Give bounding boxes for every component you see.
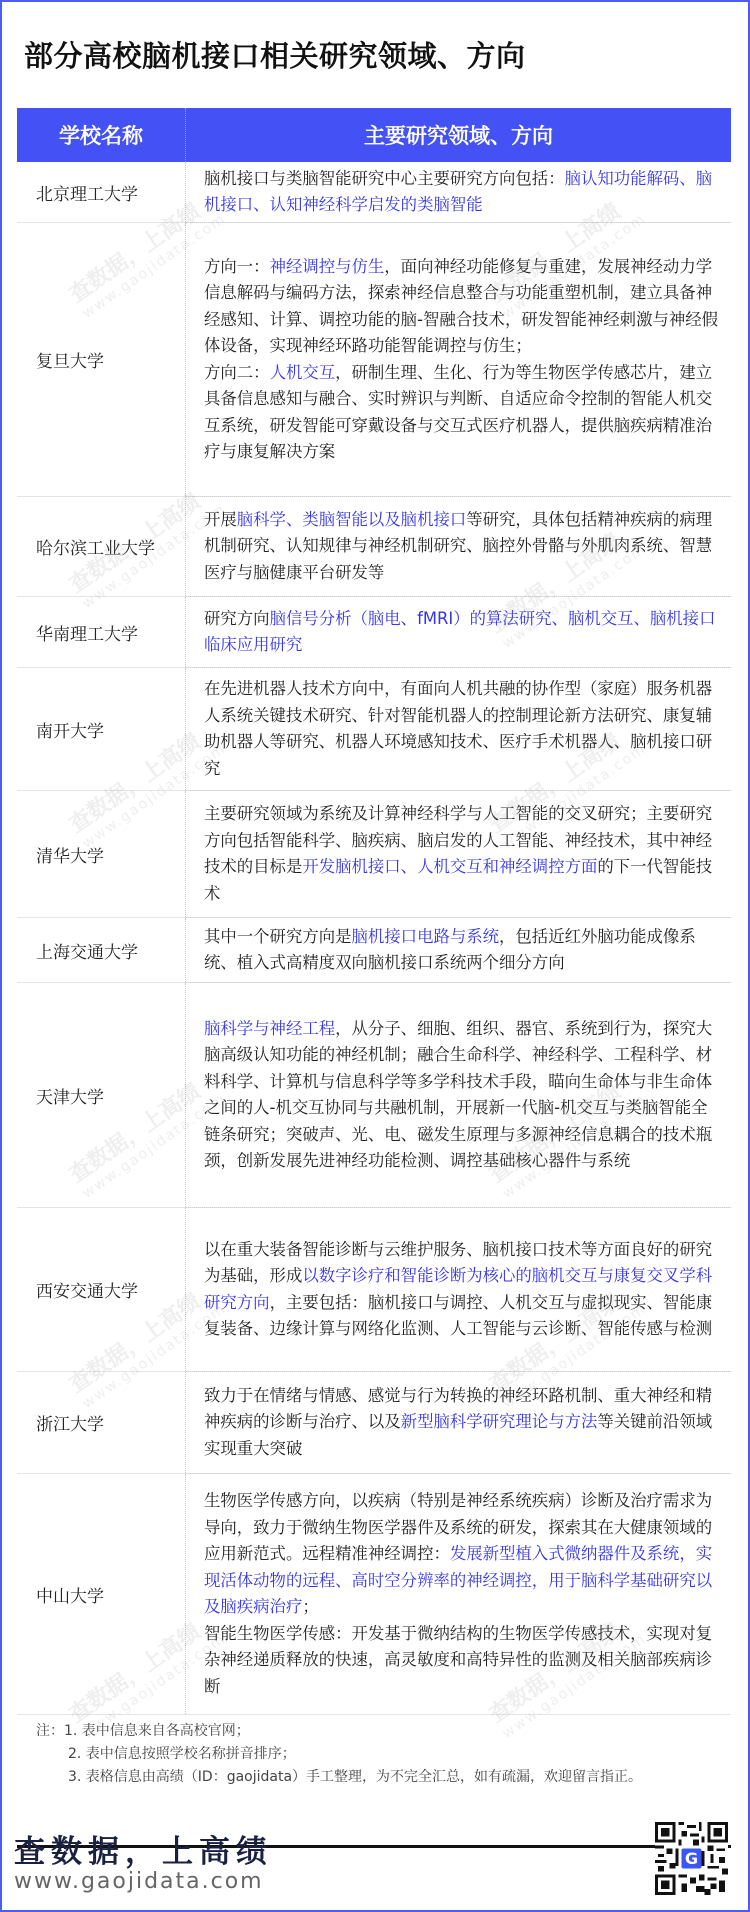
page-title: 部分高校脑机接口相关研究领域、方向 [24, 34, 526, 75]
school-name-cell: 中山大学 [17, 1474, 186, 1714]
research-direction-cell: 方向一：神经调控与仿生，面向神经功能修复与重建，发展神经动力学信息解码与编码方法… [186, 223, 731, 496]
table-row: 华南理工大学研究方向脑信号分析（脑电、fMRI）的算法研究、脑机交互、脑机接口临… [17, 597, 731, 668]
research-direction-cell: 致力于在情绪与情感、感觉与行为转换的神经环路机制、重大神经和精神疾病的诊断与治疗… [186, 1372, 731, 1473]
highlighted-direction: 脑信号分析（脑电、fMRI）的算法研究、脑机交互、脑机接口临床应用研究 [204, 609, 715, 655]
research-direction-text: 致力于在情绪与情感、感觉与行为转换的神经环路机制、重大神经和精神疾病的诊断与治疗… [204, 1383, 721, 1463]
highlighted-direction: 脑科学、类脑智能以及脑机接口 [237, 510, 466, 529]
highlighted-direction: 神经调控与仿生 [270, 257, 385, 276]
school-name-cell: 北京理工大学 [17, 162, 186, 222]
table-body: 北京理工大学脑机接口与类脑智能研究中心主要研究方向包括：脑认知功能解码、脑机接口… [17, 162, 731, 1715]
highlighted-direction: 人机交互 [270, 363, 336, 382]
research-direction-text: 其中一个研究方向是脑机接口电路与系统，包括近红外脑功能成像系统、植入式高精度双向… [204, 924, 721, 977]
header-school-name: 学校名称 [17, 108, 186, 162]
research-direction-text: 生物医学传感方向，以疾病（特别是神经系统疾病）诊断及治疗需求为导向，致力于微纳生… [204, 1488, 721, 1700]
school-name-cell: 上海交通大学 [17, 918, 186, 982]
footnotes: 注：1. 表中信息来自各高校官网； 2. 表中信息按照学校名称拼音排序； 3. … [36, 1720, 642, 1789]
direction-text: 其中一个研究方向是 [204, 927, 352, 946]
highlighted-direction: 脑机接口电路与系统 [352, 927, 500, 946]
research-direction-text: 在先进机器人技术方向中，有面向人机共融的协作型（家庭）服务机器人系统关键技术研究… [204, 676, 721, 782]
direction-text: 脑机接口与类脑智能研究中心主要研究方向包括： [204, 169, 565, 188]
direction-text: 在先进机器人技术方向中，有面向人机共融的协作型（家庭）服务机器人系统关键技术研究… [204, 679, 712, 778]
highlighted-direction: 开发脑机接口、人机交互和神经调控方面 [302, 857, 597, 876]
highlighted-direction: 脑科学与神经工程 [204, 1019, 335, 1038]
research-direction-text: 脑科学与神经工程，从分子、细胞、组织、器官、系统到行为，探究大脑高级认知功能的神… [204, 1016, 721, 1175]
research-direction-cell: 脑机接口与类脑智能研究中心主要研究方向包括：脑认知功能解码、脑机接口、认知神经科… [186, 162, 731, 222]
highlighted-direction: 新型脑科学研究理论与方法 [401, 1412, 598, 1431]
school-name-cell: 西安交通大学 [17, 1208, 186, 1371]
table-row: 北京理工大学脑机接口与类脑智能研究中心主要研究方向包括：脑认知功能解码、脑机接口… [17, 162, 731, 223]
research-direction-text: 开展脑科学、类脑智能以及脑机接口等研究，具体包括精神疾病的病理机制研究、认知规律… [204, 507, 721, 587]
research-direction-cell: 研究方向脑信号分析（脑电、fMRI）的算法研究、脑机交互、脑机接口临床应用研究 [186, 597, 731, 667]
qr-code-icon: G [655, 1821, 728, 1896]
school-name-cell: 复旦大学 [17, 223, 186, 496]
footnote-3: 3. 表格信息由高绩（ID：gaojidata）手工整理，为不完全汇总，如有疏漏… [36, 1766, 642, 1789]
research-direction-cell: 以在重大装备智能诊断与云维护服务、脑机接口技术等方面良好的研究为基础，形成以数字… [186, 1208, 731, 1371]
table-row: 上海交通大学其中一个研究方向是脑机接口电路与系统，包括近红外脑功能成像系统、植入… [17, 918, 731, 983]
header-research-direction: 主要研究领域、方向 [186, 108, 731, 162]
school-name-cell: 清华大学 [17, 791, 186, 917]
school-name-cell: 华南理工大学 [17, 597, 186, 667]
research-direction-cell: 脑科学与神经工程，从分子、细胞、组织、器官、系统到行为，探究大脑高级认知功能的神… [186, 983, 731, 1207]
footnote-2: 2. 表中信息按照学校名称拼音排序； [36, 1743, 642, 1766]
research-direction-text: 主要研究领域为系统及计算神经科学与人工智能的交叉研究；主要研究方向包括智能科学、… [204, 801, 721, 907]
school-name-cell: 天津大学 [17, 983, 186, 1207]
direction-text: 智能生物医学传感：开发基于微纳结构的生物医学传感技术，实现对复杂神经递质释放的快… [204, 1624, 712, 1696]
direction-text: ； [302, 1597, 318, 1616]
footer-slogan: 查数据，上高绩 [14, 1826, 273, 1871]
table-row: 浙江大学致力于在情绪与情感、感觉与行为转换的神经环路机制、重大神经和精神疾病的诊… [17, 1372, 731, 1474]
school-name-cell: 浙江大学 [17, 1372, 186, 1473]
research-direction-text: 研究方向脑信号分析（脑电、fMRI）的算法研究、脑机交互、脑机接口临床应用研究 [204, 606, 721, 659]
table-row: 中山大学生物医学传感方向，以疾病（特别是神经系统疾病）诊断及治疗需求为导向，致力… [17, 1474, 731, 1715]
table-row: 清华大学主要研究领域为系统及计算神经科学与人工智能的交叉研究；主要研究方向包括智… [17, 791, 731, 918]
table-row: 西安交通大学以在重大装备智能诊断与云维护服务、脑机接口技术等方面良好的研究为基础… [17, 1208, 731, 1372]
svg-text:G: G [685, 1849, 698, 1868]
table-row: 复旦大学方向一：神经调控与仿生，面向神经功能修复与重建，发展神经动力学信息解码与… [17, 223, 731, 497]
research-direction-cell: 主要研究领域为系统及计算神经科学与人工智能的交叉研究；主要研究方向包括智能科学、… [186, 791, 731, 917]
direction-text: 开展 [204, 510, 237, 529]
footer-website: www.gaojidata.com [14, 1869, 264, 1894]
research-direction-cell: 生物医学传感方向，以疾病（特别是神经系统疾病）诊断及治疗需求为导向，致力于微纳生… [186, 1474, 731, 1714]
research-direction-text: 脑机接口与类脑智能研究中心主要研究方向包括：脑认知功能解码、脑机接口、认知神经科… [204, 166, 721, 219]
direction-text: ，从分子、细胞、组织、器官、系统到行为，探究大脑高级认知功能的神经机制；融合生命… [204, 1019, 712, 1171]
table-row: 南开大学在先进机器人技术方向中，有面向人机共融的协作型（家庭）服务机器人系统关键… [17, 668, 731, 791]
table-header: 学校名称 主要研究领域、方向 [17, 108, 731, 162]
direction-text: 方向一： [204, 257, 270, 276]
school-name-cell: 哈尔滨工业大学 [17, 497, 186, 596]
direction-text: ，主要包括：脑机接口与调控、人机交互与虚拟现实、智能康复装备、边缘计算与网络化监… [204, 1293, 712, 1339]
research-table: 学校名称 主要研究领域、方向 北京理工大学脑机接口与类脑智能研究中心主要研究方向… [17, 108, 731, 1715]
table-row: 哈尔滨工业大学开展脑科学、类脑智能以及脑机接口等研究，具体包括精神疾病的病理机制… [17, 497, 731, 597]
research-direction-text: 以在重大装备智能诊断与云维护服务、脑机接口技术等方面良好的研究为基础，形成以数字… [204, 1237, 721, 1343]
research-direction-cell: 在先进机器人技术方向中，有面向人机共融的协作型（家庭）服务机器人系统关键技术研究… [186, 668, 731, 790]
research-direction-cell: 其中一个研究方向是脑机接口电路与系统，包括近红外脑功能成像系统、植入式高精度双向… [186, 918, 731, 982]
research-direction-text: 方向一：神经调控与仿生，面向神经功能修复与重建，发展神经动力学信息解码与编码方法… [204, 254, 721, 466]
research-direction-cell: 开展脑科学、类脑智能以及脑机接口等研究，具体包括精神疾病的病理机制研究、认知规律… [186, 497, 731, 596]
direction-text: 研究方向 [204, 609, 270, 628]
school-name-cell: 南开大学 [17, 668, 186, 790]
direction-text: 方向二： [204, 363, 270, 382]
table-row: 天津大学脑科学与神经工程，从分子、细胞、组织、器官、系统到行为，探究大脑高级认知… [17, 983, 731, 1208]
footnote-1: 注：1. 表中信息来自各高校官网； [36, 1720, 642, 1743]
